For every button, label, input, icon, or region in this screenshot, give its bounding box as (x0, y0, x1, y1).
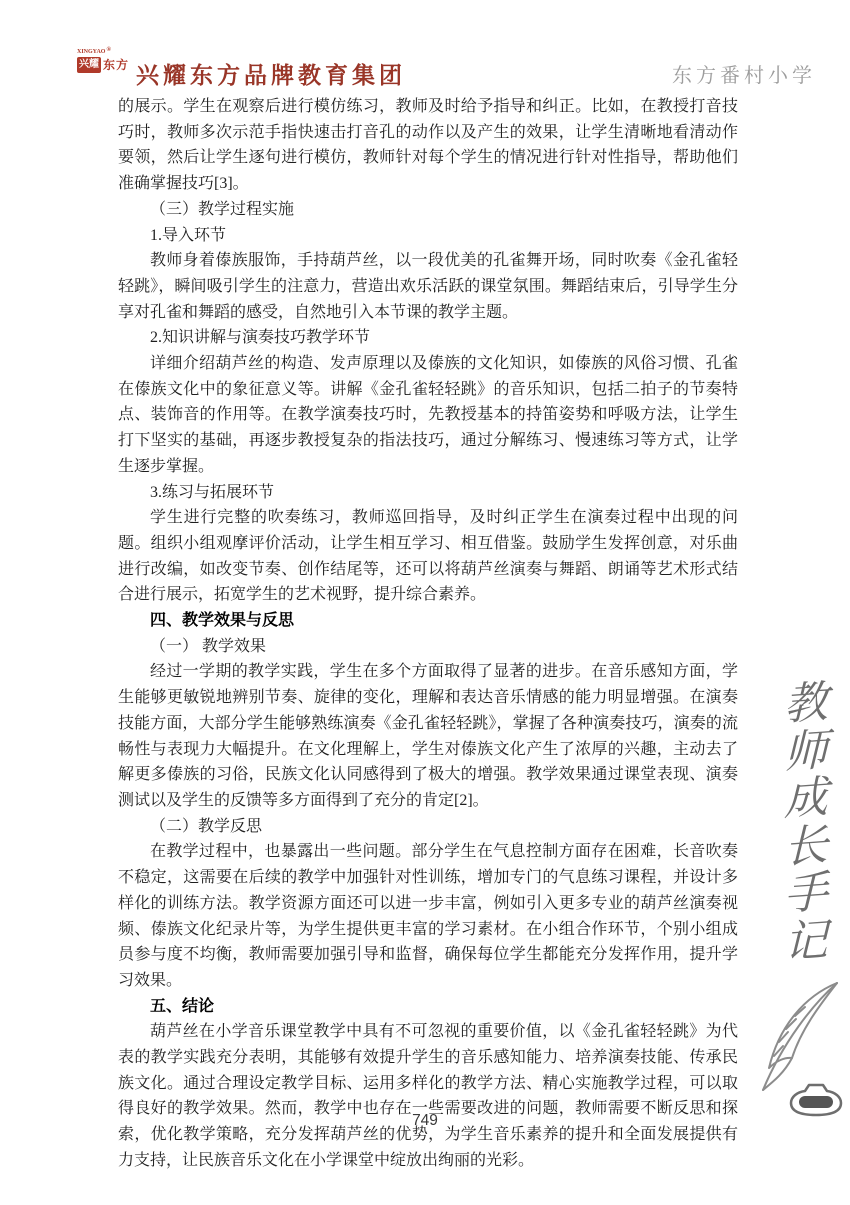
registered-mark-icon: ® (106, 47, 110, 54)
sub-heading: 2.知识讲解与演奏技巧教学环节 (118, 325, 738, 351)
logo-seal-row: 兴耀 东方 (77, 57, 129, 73)
paragraph: 的展示。学生在观察后进行模仿练习，教师及时给予指导和纠正。比如，在教授打音技巧时… (118, 94, 738, 197)
calligraphy-char: 手 (784, 868, 828, 919)
calligraphy-char: 长 (784, 821, 828, 872)
paragraph: 学生进行完整的吹奏练习，教师巡回指导，及时纠正学生在演奏过程中出现的问题。组织小… (118, 505, 738, 608)
section-heading: 四、教学效果与反思 (118, 608, 738, 634)
school-name: 东方番村小学 (672, 59, 816, 88)
calligraphy-char: 成 (784, 773, 828, 824)
sub-heading: 1.导入环节 (118, 223, 738, 249)
document-page: XINGYAO ® 兴耀 东方 兴耀东方品牌教育集团 东方番村小学 的展示。学生… (0, 0, 850, 1205)
section-heading: 五、结论 (118, 994, 738, 1020)
sub-heading: （二）教学反思 (118, 814, 738, 840)
calligraphy-text: 教师成长手记 (770, 680, 842, 965)
quill-ink-icon (747, 980, 845, 1120)
logo-xingyao-text: XINGYAO (77, 49, 105, 56)
document-body: 的展示。学生在观察后进行模仿练习，教师及时给予指导和纠正。比如，在教授打音技巧时… (118, 94, 738, 1174)
paragraph: 详细介绍葫芦丝的构造、发声原理以及傣族的文化知识，如傣族的风俗习惯、孔雀在傣族文… (118, 351, 738, 480)
calligraphy-char: 师 (784, 726, 828, 777)
logo-side-chars: 东方 (101, 57, 129, 73)
page-number: 749 (0, 1112, 850, 1130)
logo-seal-icon: 兴耀 (77, 57, 101, 73)
logo-small-text: XINGYAO ® (77, 49, 111, 56)
paragraph: 在教学过程中，也暴露出一些问题。部分学生在气息控制方面存在困难，长音吹奏不稳定，… (118, 839, 738, 993)
page-header: XINGYAO ® 兴耀 东方 兴耀东方品牌教育集团 东方番村小学 (0, 0, 850, 96)
company-title: 兴耀东方品牌教育集团 (136, 57, 406, 90)
sub-heading: （一） 教学效果 (118, 634, 738, 660)
sub-heading: 3.练习与拓展环节 (118, 480, 738, 506)
brand-logo: XINGYAO ® 兴耀 东方 (77, 49, 137, 94)
calligraphy-char: 教 (784, 678, 828, 729)
calligraphy-char: 记 (784, 916, 828, 967)
paragraph: 教师身着傣族服饰，手持葫芦丝，以一段优美的孔雀舞开场，同时吹奏《金孔雀轻轻跳》，… (118, 248, 738, 325)
paragraph: 经过一学期的教学实践，学生在多个方面取得了显著的进步。在音乐感知方面，学生能够更… (118, 659, 738, 813)
paragraph: 葫芦丝在小学音乐课堂教学中具有不可忽视的重要价值，以《金孔雀轻轻跳》为代表的教学… (118, 1019, 738, 1173)
sub-heading: （三）教学过程实施 (118, 197, 738, 223)
